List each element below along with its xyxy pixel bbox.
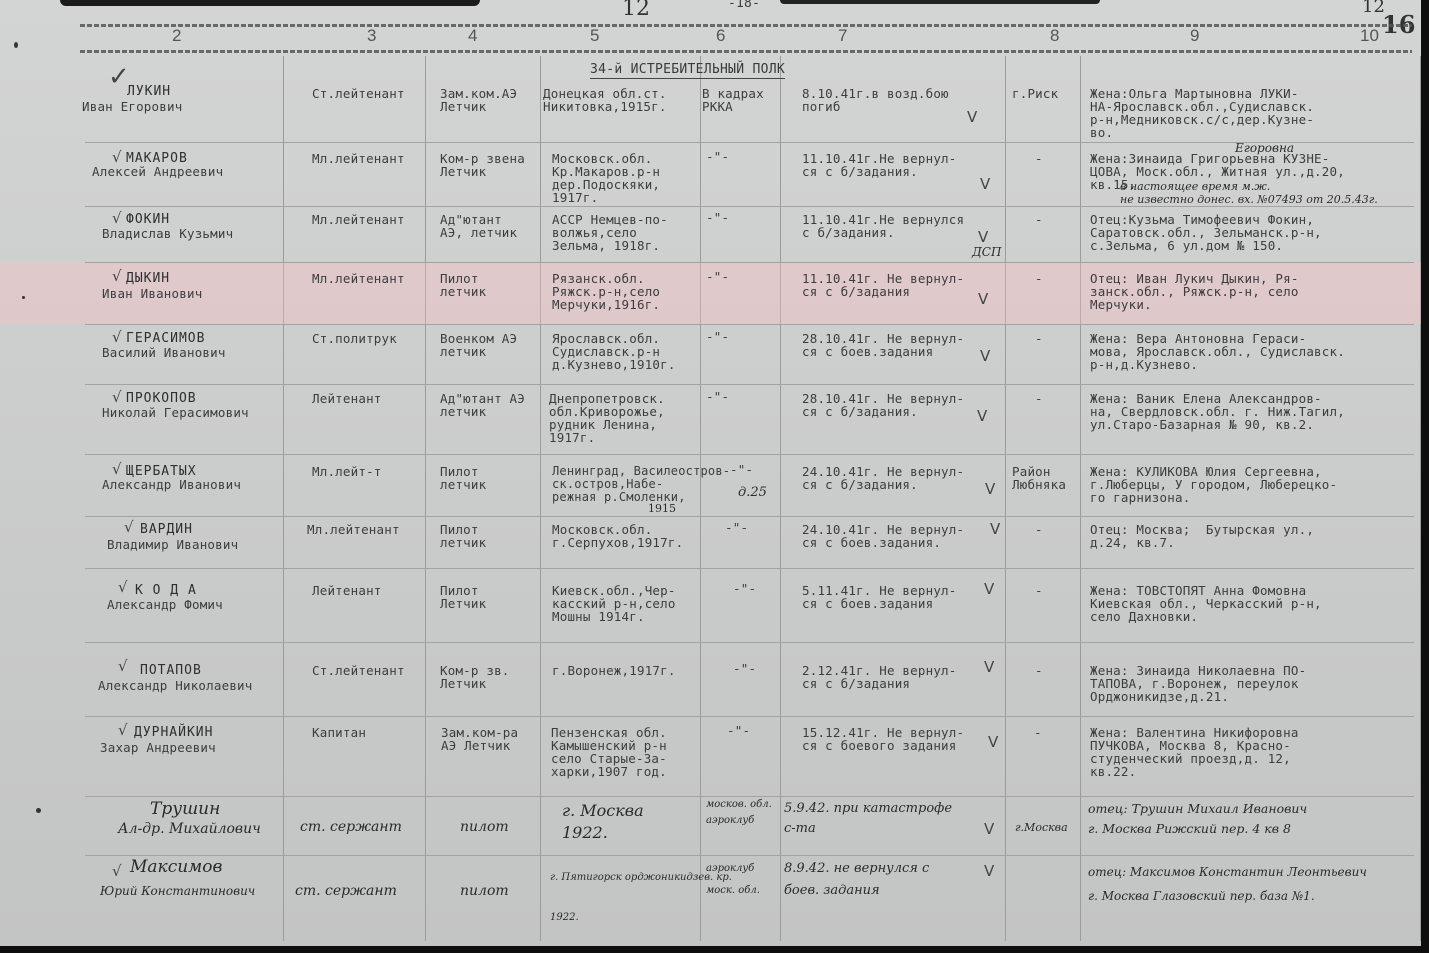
handwritten-mark: ДСП: [972, 243, 1001, 261]
handwritten-page-number: 12: [622, 0, 650, 21]
relatives: Отец: Москва; Бутырская ул., д.24, кв.7.: [1090, 523, 1314, 549]
fate: 28.10.41г. Не вернул- ся с боев.задания: [802, 332, 964, 358]
fate: 28.10.41г. Не вернул- ся с б/задания.: [802, 392, 964, 418]
row-divider: [85, 454, 1414, 455]
burial-place: -: [1035, 152, 1043, 165]
given-names: Ал-др. Михайлович: [118, 820, 261, 838]
relatives: Жена: ТОВСТОПЯТ Анна Фомовна Киевская об…: [1090, 584, 1322, 623]
row-divider: [85, 384, 1414, 385]
checkmark-icon: V: [985, 480, 995, 498]
rank: Мл.лейт-т: [312, 465, 382, 478]
rank: Ст.лейтенант: [312, 87, 405, 100]
checkmark-icon: √: [112, 209, 122, 227]
relatives: Жена: Вера Антоновна Гераси- мова, Яросл…: [1090, 332, 1345, 371]
birthplace: г. Пятигорск орджоникидзев. кр. 1922.: [550, 858, 732, 938]
given-names: Захар Андреевич: [100, 741, 216, 754]
checkmark-icon: V: [967, 108, 977, 126]
given-names: Александр Фомич: [107, 598, 223, 611]
checkmark-icon: V: [978, 290, 988, 308]
header-rule-top: [80, 24, 1412, 27]
surname: ВАРДИН: [140, 523, 193, 536]
called-up: аэроклуб моск. обл.: [706, 858, 760, 902]
birthplace: АССР Немцев-по- волжья,село Зельма, 1918…: [552, 213, 668, 252]
checkmark-icon: V: [980, 175, 990, 193]
rank: Мл.лейтенант: [312, 272, 405, 285]
relatives: Отец: Иван Лукич Дыкин, Ря- занск.обл., …: [1090, 272, 1299, 311]
burial-place: -: [1035, 332, 1043, 345]
checkmark-icon: √: [112, 328, 122, 346]
called-up: -"-: [706, 330, 729, 343]
scan-border: [0, 946, 1429, 953]
surname: ДУРНАЙКИН: [134, 726, 213, 739]
handwritten-birth-year: 1915: [648, 500, 676, 518]
given-names: Алексей Андреевич: [92, 165, 223, 178]
checkmark-icon: V: [984, 658, 994, 676]
checkmark-icon: √: [112, 267, 122, 285]
rank: Лейтенант: [312, 584, 382, 597]
burial-place: -: [1035, 213, 1043, 226]
column-divider: [425, 56, 426, 941]
rank: Мл.лейтенант: [307, 523, 400, 536]
column-number: 9: [1190, 26, 1199, 46]
relatives: Жена:Ольга Мартыновна ЛУКИ- НА-Ярославск…: [1090, 87, 1314, 139]
position: Военком АЭ летчик: [440, 332, 517, 358]
fate: 24.10.41г. Не вернул- ся с боев.задания.: [802, 523, 964, 549]
burial-place: -: [1034, 726, 1042, 739]
section-heading: 34-й ИСТРЕБИТЕЛЬНЫЙ ПОЛК: [590, 62, 785, 79]
fate: 11.10.41г.Не вернул- ся с б/задания.: [802, 152, 957, 178]
called-up: -"-: [706, 150, 729, 163]
row-divider: [85, 206, 1414, 207]
fate: 11.10.41г. Не вернул- ся с б/задания: [802, 272, 964, 298]
rank: Мл.лейтенант: [312, 213, 405, 226]
relatives: Жена: Валентина Никифоровна ПУЧКОВА, Мос…: [1090, 726, 1299, 778]
given-names: Владимир Иванович: [107, 538, 238, 551]
rank: Ст.политрук: [312, 332, 397, 345]
given-names: Василий Иванович: [102, 346, 226, 359]
position: Зам.ком-ра АЭ Летчик: [441, 726, 518, 752]
relatives: отец: Максимов Константин Леонтьевич г. …: [1088, 860, 1367, 908]
fate: 15.12.41г. Не вернул- ся с боевого задан…: [802, 726, 964, 752]
surname: Трушин: [150, 800, 220, 818]
birthplace: Киевск.обл.,Чер- касский р-н,село Мошны …: [552, 584, 676, 623]
surname: Максимов: [130, 858, 222, 876]
punch-mark: [22, 296, 25, 299]
column-number: 8: [1050, 26, 1059, 46]
checkmark-icon: V: [984, 862, 994, 880]
checkmark-icon: V: [984, 820, 994, 838]
column-number: 10: [1360, 26, 1379, 46]
rank: Мл.лейтенант: [312, 152, 405, 165]
checkmark-icon: V: [977, 407, 987, 425]
checkmark-icon: √: [112, 388, 122, 406]
row-divider: [85, 642, 1414, 643]
checkmark-icon: V: [988, 733, 998, 751]
checkmark-icon: √: [118, 721, 128, 739]
position: Ад"ютант АЭ летчик: [440, 392, 525, 418]
position: Ком-р зв. Летчик: [440, 664, 510, 690]
checkmark-icon: V: [990, 520, 1000, 538]
position: Пилот Летчик: [440, 584, 486, 610]
surname: К О Д А: [135, 584, 197, 597]
burial-place: -: [1035, 392, 1043, 405]
burial-place: г.Риск: [1012, 87, 1058, 100]
rank: ст. сержант: [300, 818, 402, 836]
fate: 5.9.42. при катастрофе с-та: [784, 799, 952, 839]
fate: 24.10.41г. Не вернул- ся с б/задания.: [802, 465, 964, 491]
checkmark-icon: √: [118, 578, 128, 596]
called-up: -"-: [706, 390, 729, 403]
surname: ДЫКИН: [126, 272, 170, 285]
column-divider: [283, 56, 284, 941]
birthplace: Ярославск.обл. Судиславск.р-н д.Кузнево,…: [552, 332, 676, 371]
birthplace: г.Воронеж,1917г.: [552, 664, 676, 677]
column-number: 3: [367, 26, 376, 46]
column-divider: [780, 56, 781, 941]
called-up: -"-: [706, 211, 729, 224]
relatives: Жена: Зинаида Николаевна ПО- ТАПОВА, г.В…: [1090, 664, 1306, 703]
fate: 2.12.41г. Не вернул- ся с б/задания: [802, 664, 957, 690]
position: Ад"ютант АЭ, летчик: [440, 213, 517, 239]
birthplace: Донецкая обл.ст. Никитовка,1915г.: [543, 87, 667, 113]
position: Зам.ком.АЭ Летчик: [440, 87, 517, 113]
scan-border: [1421, 0, 1429, 953]
burial-place: г.Москва: [1015, 819, 1068, 837]
given-names: Владислав Кузьмич: [102, 227, 233, 240]
scan-artifact: [60, 0, 480, 6]
row-divider: [85, 716, 1414, 717]
called-up: -"-: [733, 582, 756, 595]
document-page: 12 -18- 12 16 2 3 4 5 6 7 8 9 10 34-й ИС…: [0, 0, 1422, 947]
typed-page-number: -18-: [728, 0, 760, 10]
given-names: Александр Иванович: [102, 478, 241, 491]
fate: 8.9.42. не вернулся с боев. задания: [784, 858, 929, 902]
relatives: Жена: Ваник Елена Александров- на, Сверд…: [1090, 392, 1345, 431]
given-names: Иван Иванович: [102, 287, 202, 300]
surname: ПОТАПОВ: [140, 664, 202, 677]
checkmark-icon: √: [112, 862, 122, 880]
column-divider: [540, 56, 541, 941]
called-up: -"-: [725, 521, 748, 534]
handwritten-correction: Егоровна: [1235, 139, 1294, 157]
fate: 5.11.41г. Не вернул- ся с боев.задания: [802, 584, 957, 610]
position: пилот: [460, 818, 509, 836]
called-up: -"-: [727, 724, 750, 737]
rank: Лейтенант: [312, 392, 382, 405]
scan-artifact: [780, 0, 1100, 4]
rank: Ст.лейтенант: [312, 664, 405, 677]
birthplace: Московск.обл. Кр.Макаров.р-н дер.Подоскя…: [552, 152, 660, 204]
surname: ПРОКОПОВ: [126, 392, 197, 405]
relatives: Жена: КУЛИКОВА Юлия Сергеевна, г.Люберцы…: [1090, 465, 1337, 504]
position: Ком-р звена Летчик: [440, 152, 525, 178]
checkmark-icon: √: [118, 657, 128, 675]
column-number: 2: [172, 26, 181, 46]
rank: Капитан: [312, 726, 366, 739]
given-names: Александр Николаевич: [98, 679, 253, 692]
handwritten-house-number: д.25: [738, 484, 767, 502]
checkmark-icon: √: [124, 518, 134, 536]
burial-place: -: [1035, 523, 1043, 536]
called-up: -"-: [733, 662, 756, 675]
surname: ФОКИН: [126, 213, 170, 226]
birthplace: Днепропетровск. обл.Криворожье, рудник Л…: [549, 392, 665, 444]
column-divider: [1080, 56, 1081, 941]
row-divider: [85, 262, 1414, 263]
column-number: 7: [838, 26, 847, 46]
relatives: Отец:Кузьма Тимофеевич Фокин, Саратовск.…: [1090, 213, 1322, 252]
burial-place: Район Любняка: [1012, 465, 1066, 491]
birthplace: Ленинград, Василеостров- ск.остров,Набе-…: [552, 465, 730, 504]
relatives: отец: Трушин Михаил Иванович г. Москва Р…: [1088, 799, 1307, 839]
fate: 11.10.41г.Не вернулся с б/задания.: [802, 213, 964, 239]
rank: ст. сержант: [295, 882, 397, 900]
called-up: -"-: [730, 463, 753, 476]
punch-mark: [14, 42, 18, 48]
position: пилот: [460, 882, 509, 900]
checkmark-icon: V: [980, 347, 990, 365]
row-divider: [85, 142, 1414, 143]
birthplace: Московск.обл. г.Серпухов,1917г.: [552, 523, 683, 549]
row-divider: [85, 855, 1414, 856]
row-divider: [85, 568, 1414, 569]
checkmark-icon: √: [112, 460, 122, 478]
header-rule-bottom: [80, 50, 1412, 53]
called-up: В кадрах РККА: [702, 87, 764, 113]
column-number: 6: [716, 26, 725, 46]
given-names: Иван Егорович: [82, 100, 182, 113]
handwritten-annotation: в настоящее время м.ж. не известно донес…: [1120, 180, 1378, 206]
called-up: москов. обл. аэроклуб: [706, 797, 772, 829]
birthplace: Пензенская обл. Камышенский р-н село Ста…: [551, 726, 667, 778]
burial-place: -: [1035, 664, 1043, 677]
row-divider: [85, 324, 1414, 325]
row-divider: [85, 516, 1414, 517]
fate: 8.10.41г.в возд.бою погиб: [802, 87, 949, 113]
column-number: 4: [468, 26, 477, 46]
checkmark-icon: V: [984, 580, 994, 598]
burial-place: -: [1035, 272, 1043, 285]
position: Пилот летчик: [440, 272, 486, 298]
punch-mark: [36, 808, 41, 813]
position: Пилот летчик: [440, 523, 486, 549]
surname: ЛУКИН: [127, 85, 171, 98]
position: Пилот летчик: [440, 465, 486, 491]
column-number: 5: [590, 26, 599, 46]
burial-place: -: [1035, 584, 1043, 597]
birthplace: Рязанск.обл. Ряжск.р-н,село Мерчуки,1916…: [552, 272, 660, 311]
column-divider: [1005, 56, 1006, 941]
given-names: Юрий Константинович: [100, 882, 255, 900]
surname: ГЕРАСИМОВ: [126, 332, 205, 345]
birthplace: г. Москва 1922.: [562, 800, 644, 844]
given-names: Николай Герасимович: [102, 406, 249, 419]
called-up: -"-: [706, 270, 729, 283]
